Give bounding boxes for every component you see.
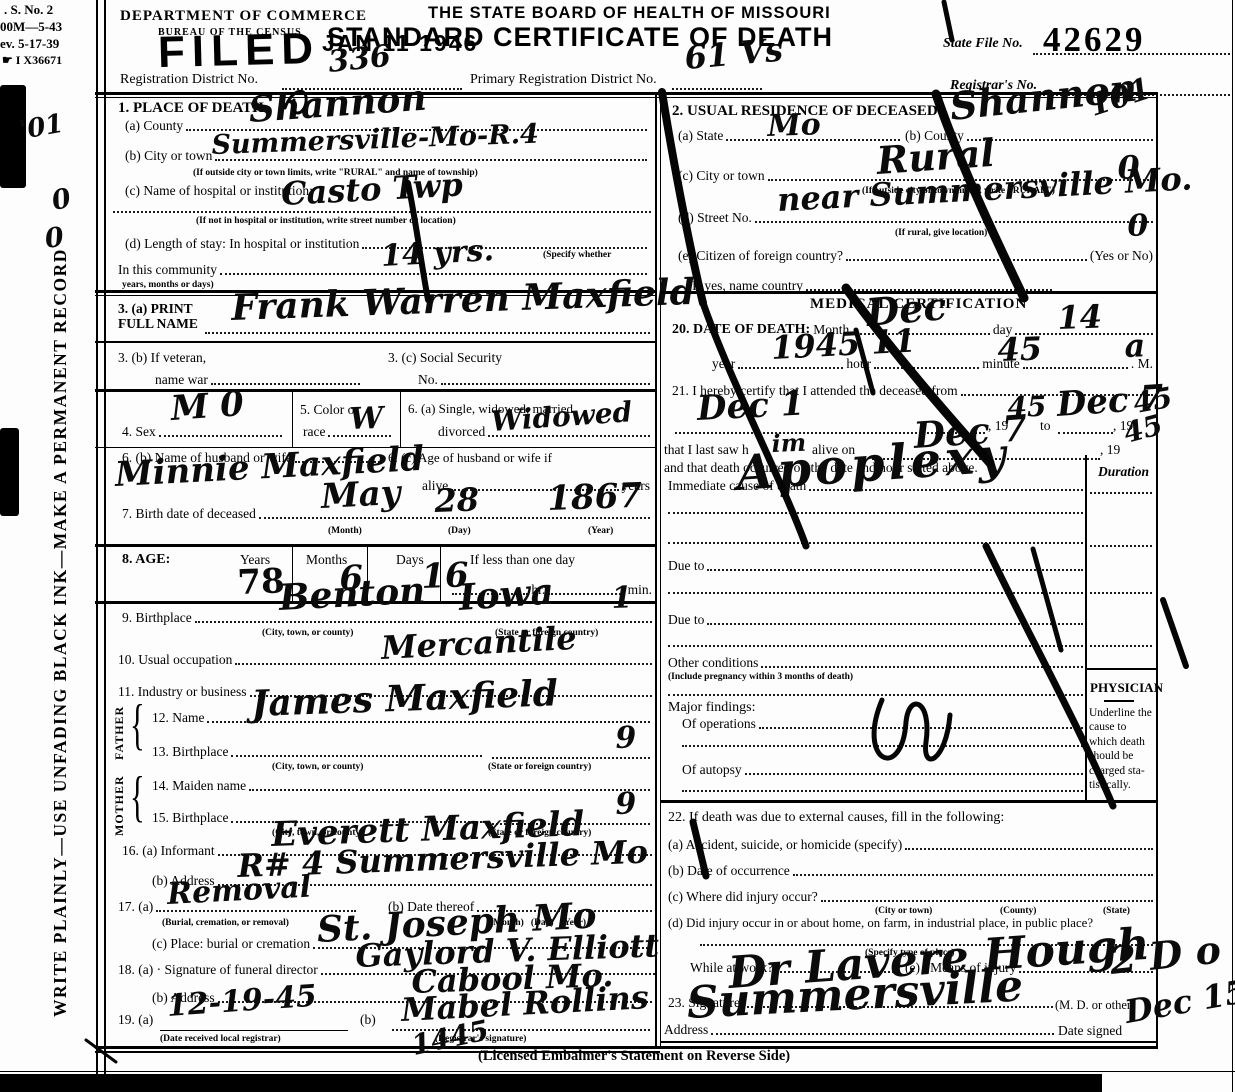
rule-line <box>655 92 657 1048</box>
mother-brace: { <box>130 772 145 822</box>
disposition-note: (Burial, cremation, or removal) <box>162 918 289 928</box>
mother-birthplace-label: 15. Birthplace <box>152 810 228 826</box>
street-no-label: (d) Street No. <box>678 210 752 226</box>
rule-line <box>660 1041 1158 1043</box>
due-to-label: Due to <box>668 558 704 574</box>
dotted-line <box>668 694 1083 696</box>
due-to-label: Due to <box>668 612 704 628</box>
in-community-label: In this community <box>118 262 217 278</box>
specify-whether-note: (Specify whether <box>543 250 611 260</box>
date-received-value: 12-19-45 <box>166 982 318 1022</box>
registration-district-label: Registration District No. <box>120 72 258 88</box>
other-conditions-label: Other conditions <box>668 655 758 671</box>
street-no-note: (If rural, give location) <box>895 228 987 238</box>
month-note: (Month) <box>328 526 362 536</box>
accident-label: (a) Accident, suicide, or homicide (spec… <box>668 837 902 853</box>
form-code: 00M—5-43 <box>0 19 62 35</box>
race-label: race <box>303 424 325 440</box>
less-one-day-header: If less than one day <box>470 552 575 568</box>
veteran-label: 3. (b) If veteran, <box>118 350 206 366</box>
state-file-number: 42629 <box>1043 20 1146 60</box>
death-certificate-scan: . S. No. 2 00M—5-43 ev. 5-17-39 ☛ I X366… <box>0 0 1235 1092</box>
birthdate-label: 7. Birth date of deceased <box>122 506 256 522</box>
dotted-line <box>113 211 651 213</box>
dotted-line <box>682 745 1083 747</box>
md-degree-scrawl: 2 D o <box>1108 931 1223 980</box>
date-signed-label: Date signed <box>1058 1023 1122 1039</box>
dotted-line <box>1090 645 1152 647</box>
dotted-line <box>672 88 762 90</box>
dotted-line <box>1090 492 1152 494</box>
of-autopsy-label: Of autopsy <box>682 762 742 778</box>
dotted-line <box>967 137 1153 141</box>
dotted-line <box>711 1031 1054 1035</box>
father-birthplace-note2: (State or foreign country) <box>488 762 591 772</box>
s19-label: 19. (a) <box>118 1012 153 1028</box>
dotted-line <box>761 664 1083 668</box>
death-minute-value: 45 <box>997 332 1043 366</box>
occupation-value: Mercantile <box>380 622 577 664</box>
day-note: (Day) <box>448 526 471 536</box>
funeral-director-label: 18. (a) · Signature of funeral director <box>118 962 318 978</box>
dotted-line <box>707 621 1083 625</box>
section1-heading: 1. PLACE OF DEATH <box>118 100 264 117</box>
name-war-label: name war <box>155 372 208 388</box>
maiden-name-label: 14. Maiden name <box>152 778 246 794</box>
dotted-line <box>846 257 1087 261</box>
dotted-line <box>249 787 650 791</box>
rule-line <box>292 392 293 447</box>
physician-label: PHYSICIAN <box>1090 680 1163 696</box>
occurrence-date-label: (b) Date of occurrence <box>668 863 790 879</box>
dotted-line <box>159 433 282 437</box>
father-name-value: James Maxfield <box>251 675 559 722</box>
of-operations-label: Of operations <box>682 716 756 732</box>
rule-line <box>660 92 661 1048</box>
dotted-line <box>668 542 1083 544</box>
rule-line <box>1085 455 1087 800</box>
divorced-label: divorced <box>438 424 485 440</box>
rule-line <box>400 392 401 447</box>
residence-state-label: (a) State <box>678 128 723 144</box>
filed-stamp: FILED <box>157 24 320 78</box>
pointing-hand-icon: ☛ I X36671 <box>2 53 62 68</box>
dotted-line <box>441 381 650 385</box>
father-birthplace-extra: 9 <box>615 723 637 754</box>
county-label: (a) County <box>125 118 183 134</box>
residence-city-label: (c) City or town <box>678 168 765 184</box>
informant-label: 16. (a) Informant <box>122 843 215 859</box>
birthplace-note1: (City, town, or county) <box>262 628 353 638</box>
birthdate-month: May <box>320 476 401 514</box>
birthplace-city-value: Benton <box>278 572 426 616</box>
year-note: (Year) <box>588 526 613 536</box>
burial-place-label: (c) Place: burial or cremation <box>152 936 310 952</box>
sex-label: 4. Sex <box>122 424 156 440</box>
rule-line <box>660 800 1158 803</box>
father-group-label: FATHER <box>112 700 127 760</box>
rule-line <box>0 1071 1235 1072</box>
board-line: THE STATE BOARD OF HEALTH OF MISSOURI <box>428 4 831 23</box>
ink-stroke <box>944 2 952 40</box>
spouse-age-label: 6. (c) Age of husband or wife if <box>388 450 552 466</box>
dotted-line <box>755 219 1153 223</box>
rule-line <box>1156 92 1158 1048</box>
residence-state-value: Mo <box>767 110 821 142</box>
dotted-line <box>1090 545 1152 547</box>
dotted-line <box>759 725 1083 729</box>
birthplace-state-value: Iowa <box>457 573 554 616</box>
full-name-label: FULL NAME <box>118 316 198 332</box>
death-day-value: 14 <box>1057 300 1103 334</box>
disposition-label: 17. (a) <box>118 899 153 915</box>
in-community-note: years, months or days) <box>122 280 214 290</box>
injury-county-note: (County) <box>1000 906 1036 916</box>
rule-line <box>160 1030 348 1031</box>
primary-district-value: 61 Vs <box>683 34 784 74</box>
ssn-label: 3. (c) Social Security <box>388 350 502 366</box>
citizen-label: (e) Citizen of foreign country? <box>678 248 843 264</box>
dotted-line <box>492 757 650 759</box>
injury-state-note: (State) <box>1103 906 1130 916</box>
hospital-value: Casto Twp <box>280 169 463 210</box>
race-value: W <box>349 404 384 435</box>
dotted-line <box>195 619 652 623</box>
external-causes-heading: 22. If death was due to external causes,… <box>668 810 1004 826</box>
hospital-note: (If not in hospital or institution, writ… <box>196 216 456 226</box>
dotted-line <box>205 332 650 334</box>
injury-city-note: (City or town) <box>875 906 932 916</box>
father-birthplace-label: 13. Birthplace <box>152 744 228 760</box>
s19b-label: (b) <box>360 1012 376 1028</box>
dotted-line <box>682 790 1083 792</box>
last-saw-year: 45 <box>1121 411 1166 448</box>
major-findings-label: Major findings: <box>668 700 756 716</box>
pre-year-19: , 19 <box>1100 442 1120 458</box>
embalmer-note: (Licensed Embalmer's Statement on Revers… <box>478 1048 790 1065</box>
birthplace-label: 9. Birthplace <box>122 610 192 626</box>
rule-line <box>95 544 657 547</box>
death-year-value: 1945 11 <box>770 324 916 364</box>
dotted-line <box>1090 592 1152 594</box>
mother-group-label: MOTHER <box>112 772 127 836</box>
dotted-line <box>745 771 1083 775</box>
father-brace: { <box>130 700 145 750</box>
date-signed-value: Dec 15 <box>1122 975 1235 1028</box>
ssn-no-label: No. <box>418 372 438 388</box>
birthdate-day: 28 <box>434 483 480 517</box>
mother-birthplace-extra: 9 <box>615 789 637 820</box>
scan-blot <box>0 428 19 516</box>
physician-note: Underline the cause to which death shoul… <box>1089 706 1157 792</box>
form-code: . S. No. 2 <box>4 2 53 18</box>
age-days-header: Days <box>396 552 424 568</box>
dotted-line <box>793 872 1153 876</box>
other-conditions-note: (Include pregnancy within 3 months of de… <box>668 672 853 682</box>
yes-no-note: (Yes or No) <box>1090 248 1153 264</box>
age-label: 8. AGE: <box>122 552 170 568</box>
birthdate-year: 1867 <box>547 479 643 516</box>
occupation-label: 10. Usual occupation <box>118 652 232 668</box>
primary-district-label: Primary Registration District No. <box>470 72 657 88</box>
dotted-line <box>1058 432 1113 434</box>
scan-black-bar <box>0 1074 1102 1092</box>
city-town-label: (b) City or town <box>125 148 212 164</box>
dotted-line <box>707 567 1083 571</box>
rule-line <box>1104 700 1134 702</box>
father-birthplace-note1: (City, town, or county) <box>272 762 363 772</box>
death-ampm-value: a <box>1124 329 1146 362</box>
street-no-extra: 0 <box>1127 211 1149 242</box>
rule-line <box>1085 668 1158 670</box>
duration-header: Duration <box>1098 464 1149 480</box>
dotted-line <box>668 592 1083 594</box>
injury-where-label: (c) Where did injury occur? <box>668 889 818 905</box>
registration-district-value: 336 <box>327 42 392 78</box>
form-code: ev. 5-17-39 <box>0 36 59 52</box>
birthplace-extra: 1 <box>611 583 633 614</box>
disposition-value: Removal <box>166 873 311 910</box>
dotted-line <box>905 846 1153 850</box>
rule-line <box>1232 0 1233 1092</box>
dotted-line <box>874 365 979 369</box>
state-file-label: State File No. <box>943 36 1023 52</box>
attended-from-value: Dec 1 <box>696 386 805 426</box>
year-label: year <box>712 356 735 372</box>
margin-instruction: WRITE PLAINLY—USE UNFADING BLACK INK—MAK… <box>50 112 71 1017</box>
father-name-label: 12. Name <box>152 710 204 726</box>
dotted-line <box>821 898 1153 902</box>
sex-value: M 0 <box>170 387 245 426</box>
date-received-note: (Date received local registrar) <box>160 1034 281 1044</box>
dotted-line <box>668 645 1083 647</box>
dotted-line <box>231 753 482 757</box>
dotted-line <box>668 512 1083 514</box>
rule-line <box>95 341 657 343</box>
print-label: 3. (a) PRINT <box>118 301 193 317</box>
full-name-value: Frank Warren Maxfield <box>231 274 696 326</box>
length-of-stay-label: (d) Length of stay: In hospital or insti… <box>125 236 359 252</box>
in-community-value: 14 yrs. <box>380 236 494 272</box>
ink-stroke <box>1163 600 1186 666</box>
